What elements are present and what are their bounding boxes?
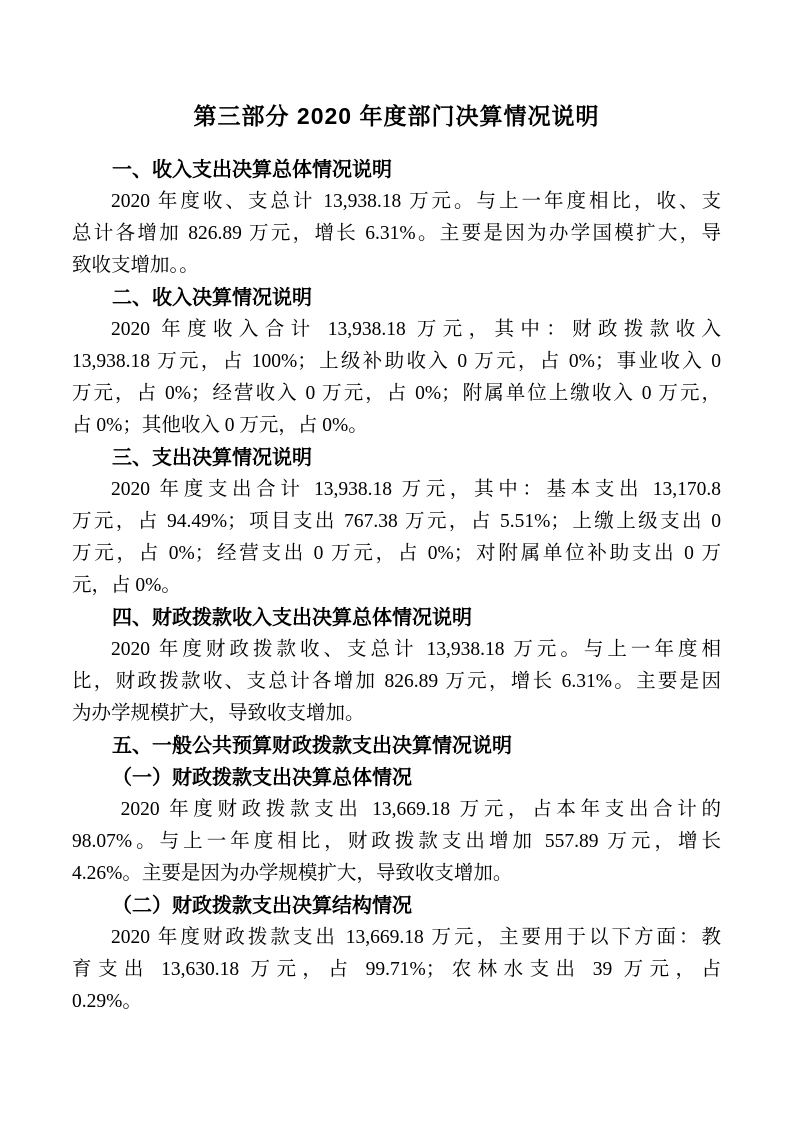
paragraph-line: 2020 年度财政拨款收、支总计 13,938.18 万元。与上一年度相 xyxy=(72,634,721,666)
paragraph-line: 98.07%。与上一年度相比，财政拨款支出增加 557.89 万元，增长 xyxy=(72,826,721,858)
subsection-1-heading: （一）财政拨款支出决算总体情况 xyxy=(72,762,721,794)
paragraph-line: 比，财政拨款收、支总计各增加 826.89 万元，增长 6.31%。主要是因 xyxy=(72,666,721,698)
paragraph-line: 2020 年度收、支总计 13,938.18 万元。与上一年度相比，收、支 xyxy=(72,186,721,218)
section-4-heading: 四、财政拨款收入支出决算总体情况说明 xyxy=(72,602,721,634)
paragraph-line: 2020 年度支出合计 13,938.18 万元，其中：基本支出 13,170.… xyxy=(72,474,721,506)
section-public-budget-expenditure: 五、一般公共预算财政拨款支出决算情况说明 xyxy=(72,730,721,762)
paragraph-line: 占 0%；其他收入 0 万元，占 0%。 xyxy=(72,410,721,442)
section-2-heading: 二、收入决算情况说明 xyxy=(72,282,721,314)
paragraph-line: 万元，占 0%；经营收入 0 万元，占 0%；附属单位上缴收入 0 万元， xyxy=(72,378,721,410)
paragraph-line: 2020 年度财政拨款支出 13,669.18 万元，主要用于以下方面：教 xyxy=(72,922,721,954)
paragraph-line: 为办学规模扩大，导致收支增加。 xyxy=(72,698,721,730)
paragraph-line: 育支出 13,630.18 万元，占 99.71%；农林水支出 39 万元，占 xyxy=(72,954,721,986)
subsection-expenditure-structure: （二）财政拨款支出决算结构情况 2020 年度财政拨款支出 13,669.18 … xyxy=(72,890,721,1018)
paragraph-line: 2020 年度收入合计 13,938.18 万元，其中：财政拨款收入 xyxy=(72,314,721,346)
section-fiscal-appropriation-overview: 四、财政拨款收入支出决算总体情况说明 2020 年度财政拨款收、支总计 13,9… xyxy=(72,602,721,730)
document-page: 第三部分 2020 年度部门决算情况说明 一、收入支出决算总体情况说明 2020… xyxy=(0,0,793,1122)
paragraph-line: 13,938.18 万元，占 100%；上级补助收入 0 万元，占 0%；事业收… xyxy=(72,346,721,378)
section-5-heading: 五、一般公共预算财政拨款支出决算情况说明 xyxy=(72,730,721,762)
subsection-2-heading: （二）财政拨款支出决算结构情况 xyxy=(72,890,721,922)
section-1-heading: 一、收入支出决算总体情况说明 xyxy=(72,154,721,186)
section-revenue-details: 二、收入决算情况说明 2020 年度收入合计 13,938.18 万元，其中：财… xyxy=(72,282,721,442)
section-expenditure-details: 三、支出决算情况说明 2020 年度支出合计 13,938.18 万元，其中：基… xyxy=(72,442,721,602)
subsection-expenditure-overall: （一）财政拨款支出决算总体情况 2020 年度财政拨款支出 13,669.18 … xyxy=(72,762,721,890)
section-3-heading: 三、支出决算情况说明 xyxy=(72,442,721,474)
paragraph-line: 4.26%。主要是因为办学规模扩大，导致收支增加。 xyxy=(72,858,721,890)
paragraph-line: 万元，占 94.49%；项目支出 767.38 万元，占 5.51%；上缴上级支… xyxy=(72,506,721,538)
paragraph-line: 万元，占 0%；经营支出 0 万元，占 0%；对附属单位补助支出 0 万 xyxy=(72,538,721,570)
paragraph-line: 总计各增加 826.89 万元，增长 6.31%。主要是因为办学国模扩大，导 xyxy=(72,218,721,250)
document-title: 第三部分 2020 年度部门决算情况说明 xyxy=(72,96,721,136)
paragraph-line: 元，占 0%。 xyxy=(72,570,721,602)
section-income-expenditure-overview: 一、收入支出决算总体情况说明 2020 年度收、支总计 13,938.18 万元… xyxy=(72,154,721,282)
paragraph-line: 0.29%。 xyxy=(72,986,721,1018)
paragraph-line: 致收支增加。。 xyxy=(72,250,721,282)
paragraph-line: 2020 年度财政拨款支出 13,669.18 万元，占本年支出合计的 xyxy=(72,794,721,826)
